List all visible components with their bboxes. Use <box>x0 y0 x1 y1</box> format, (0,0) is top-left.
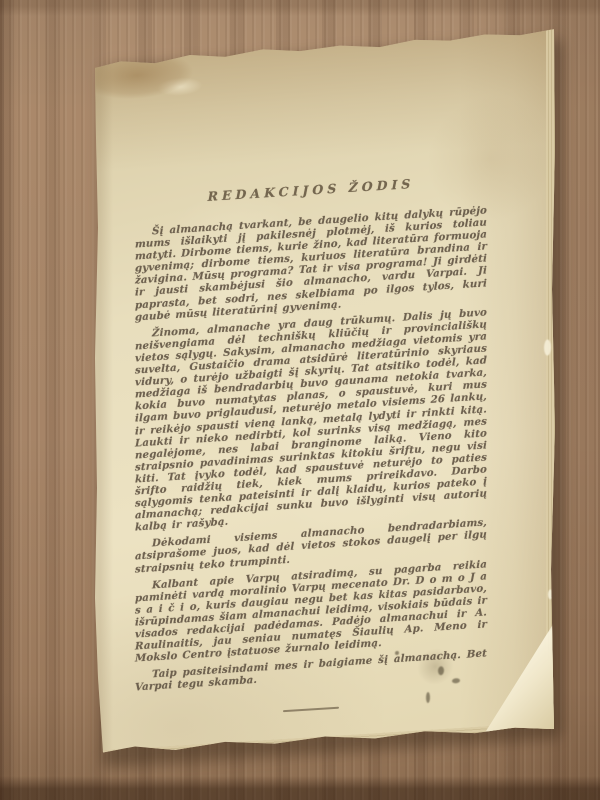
page-title: REDAKCIJOS ŽODIS <box>135 171 487 208</box>
paragraph: Kalbant apie Varpų atsiradimą, su pagarb… <box>135 558 487 665</box>
printed-text-block: REDAKCIJOS ŽODIS Šį almanachą tvarkant, … <box>135 171 487 763</box>
photo-of-book: REDAKCIJOS ŽODIS Šį almanachą tvarkant, … <box>0 0 600 800</box>
paragraph: Šį almanachą tvarkant, be daugelio kitų … <box>135 204 487 323</box>
divider-rule <box>283 707 339 713</box>
book-page: REDAKCIJOS ŽODIS Šį almanachą tvarkant, … <box>95 29 555 758</box>
paragraph: Žinoma, almanache yra daug trūkumų. Dali… <box>135 306 487 534</box>
